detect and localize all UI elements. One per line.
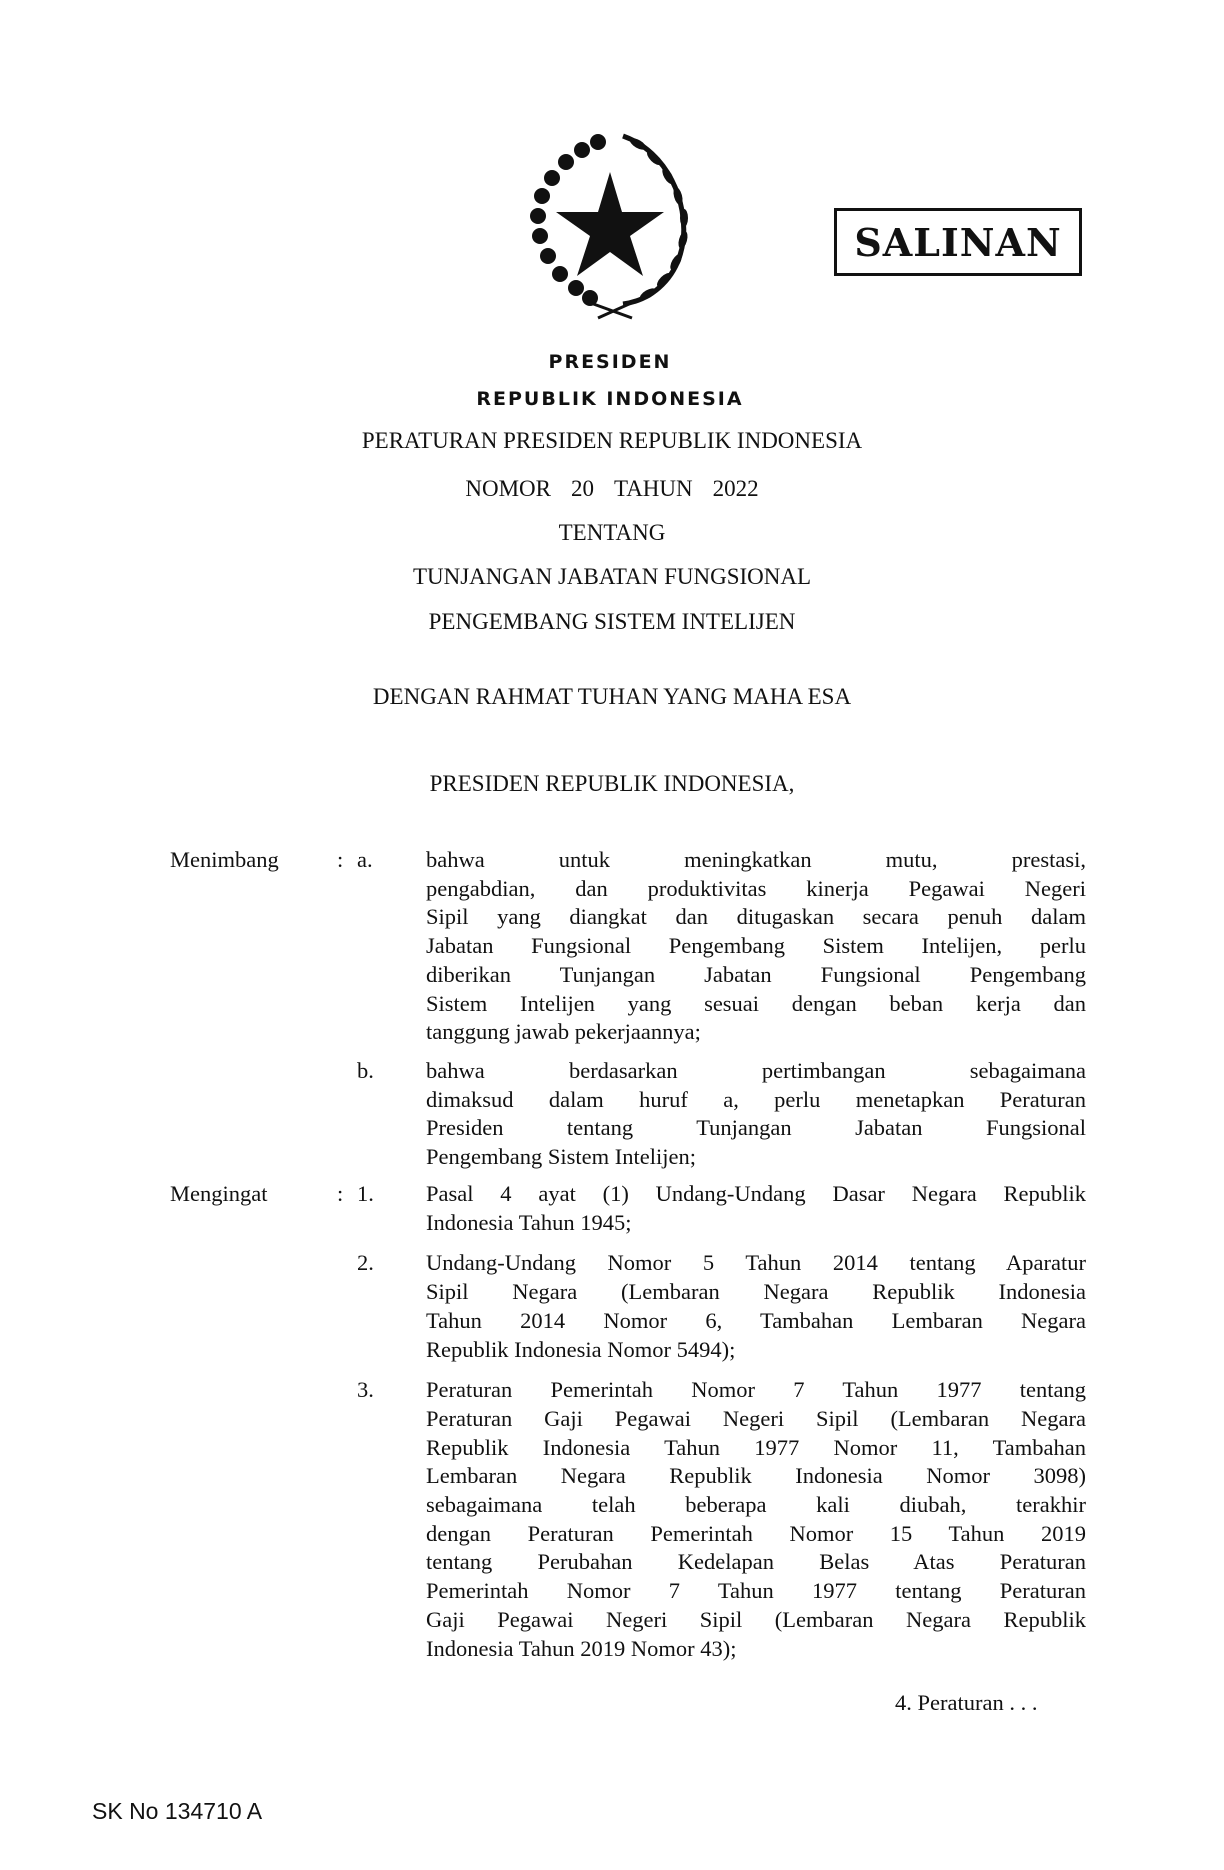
clause-line: Republik Indonesia Nomor 5494);	[426, 1336, 1086, 1365]
tentang-heading: TENTANG	[0, 520, 1224, 546]
subject-line-2: PENGEMBANG SISTEM INTELIJEN	[0, 609, 1224, 635]
authority-line: PRESIDEN REPUBLIK INDONESIA,	[0, 771, 1224, 797]
clause-line: bahwa untuk meningkatkan mutu, prestasi,	[426, 846, 1086, 875]
clause-line: Pengembang Sistem Intelijen;	[426, 1143, 1086, 1172]
emblem-caption-republic: REPUBLIK INDONESIA	[360, 388, 860, 410]
tahun-label: TAHUN	[614, 476, 693, 502]
invocation: DENGAN RAHMAT TUHAN YANG MAHA ESA	[0, 684, 1224, 710]
clause-line: bahwa berdasarkan pertimbangan sebagaima…	[426, 1057, 1086, 1086]
regulation-number: NOMOR20TAHUN2022	[0, 476, 1224, 502]
clause-marker: b.	[357, 1057, 374, 1086]
clause-line: Tahun 2014 Nomor 6, Tambahan Lembaran Ne…	[426, 1307, 1086, 1336]
clause-line: tentang Perubahan Kedelapan Belas Atas P…	[426, 1548, 1086, 1577]
clause-line: dimaksud dalam huruf a, perlu menetapkan…	[426, 1086, 1086, 1115]
clause-marker: 3.	[357, 1376, 374, 1405]
clause-line: Presiden tentang Tunjangan Jabatan Fungs…	[426, 1114, 1086, 1143]
clause-text: bahwa berdasarkan pertimbangan sebagaima…	[426, 1057, 1086, 1172]
clause-line: dengan Peraturan Pemerintah Nomor 15 Tah…	[426, 1520, 1086, 1549]
clause-line: Indonesia Tahun 1945;	[426, 1209, 1086, 1238]
clause-line: pengabdian, dan produktivitas kinerja Pe…	[426, 875, 1086, 904]
clause-line: Peraturan Pemerintah Nomor 7 Tahun 1977 …	[426, 1376, 1086, 1405]
clause-line: Peraturan Gaji Pegawai Negeri Sipil (Lem…	[426, 1405, 1086, 1434]
clause-text: Peraturan Pemerintah Nomor 7 Tahun 1977 …	[426, 1376, 1086, 1663]
clause-line: Lembaran Negara Republik Indonesia Nomor…	[426, 1462, 1086, 1491]
clause-line: sebagaimana telah beberapa kali diubah, …	[426, 1491, 1086, 1520]
nomor-label: NOMOR	[465, 476, 551, 502]
document-serial-number: SK No 134710 A	[92, 1798, 262, 1825]
menimbang-colon: :	[337, 846, 343, 875]
regulation-title: PERATURAN PRESIDEN REPUBLIK INDONESIA	[0, 428, 1224, 454]
clause-line: Sistem Intelijen yang sesuai dengan beba…	[426, 990, 1086, 1019]
clause-line: Indonesia Tahun 2019 Nomor 43);	[426, 1635, 1086, 1664]
tahun-value: 2022	[713, 476, 759, 502]
salinan-stamp: SALINAN	[834, 208, 1082, 276]
clause-line: Sipil yang diangkat dan ditugaskan secar…	[426, 903, 1086, 932]
subject-line-1: TUNJANGAN JABATAN FUNGSIONAL	[0, 564, 1224, 590]
clause-line: tanggung jawab pekerjaannya;	[426, 1018, 1086, 1047]
clause-text: bahwa untuk meningkatkan mutu, prestasi,…	[426, 846, 1086, 1047]
clause-line: diberikan Tunjangan Jabatan Fungsional P…	[426, 961, 1086, 990]
clause-text: Pasal 4 ayat (1) Undang-Undang Dasar Neg…	[426, 1180, 1086, 1237]
nomor-value: 20	[571, 476, 594, 502]
continuation-marker: 4. Peraturan . . .	[895, 1690, 1037, 1716]
clause-text: Undang-Undang Nomor 5 Tahun 2014 tentang…	[426, 1249, 1086, 1364]
clause-line: Pemerintah Nomor 7 Tahun 1977 tentang Pe…	[426, 1577, 1086, 1606]
clause-marker: 1.	[357, 1180, 374, 1209]
clause-marker: a.	[357, 846, 373, 875]
presidential-seal-icon	[528, 132, 692, 324]
menimbang-label: Menimbang	[170, 846, 279, 875]
clause-marker: 2.	[357, 1249, 374, 1278]
clause-line: Undang-Undang Nomor 5 Tahun 2014 tentang…	[426, 1249, 1086, 1278]
clause-line: Jabatan Fungsional Pengembang Sistem Int…	[426, 932, 1086, 961]
clause-line: Pasal 4 ayat (1) Undang-Undang Dasar Neg…	[426, 1180, 1086, 1209]
clause-line: Republik Indonesia Tahun 1977 Nomor 11, …	[426, 1434, 1086, 1463]
emblem-caption-president: PRESIDEN	[360, 351, 860, 373]
clause-line: Gaji Pegawai Negeri Sipil (Lembaran Nega…	[426, 1606, 1086, 1635]
mengingat-colon: :	[337, 1180, 343, 1209]
mengingat-label: Mengingat	[170, 1180, 267, 1209]
clause-line: Sipil Negara (Lembaran Negara Republik I…	[426, 1278, 1086, 1307]
